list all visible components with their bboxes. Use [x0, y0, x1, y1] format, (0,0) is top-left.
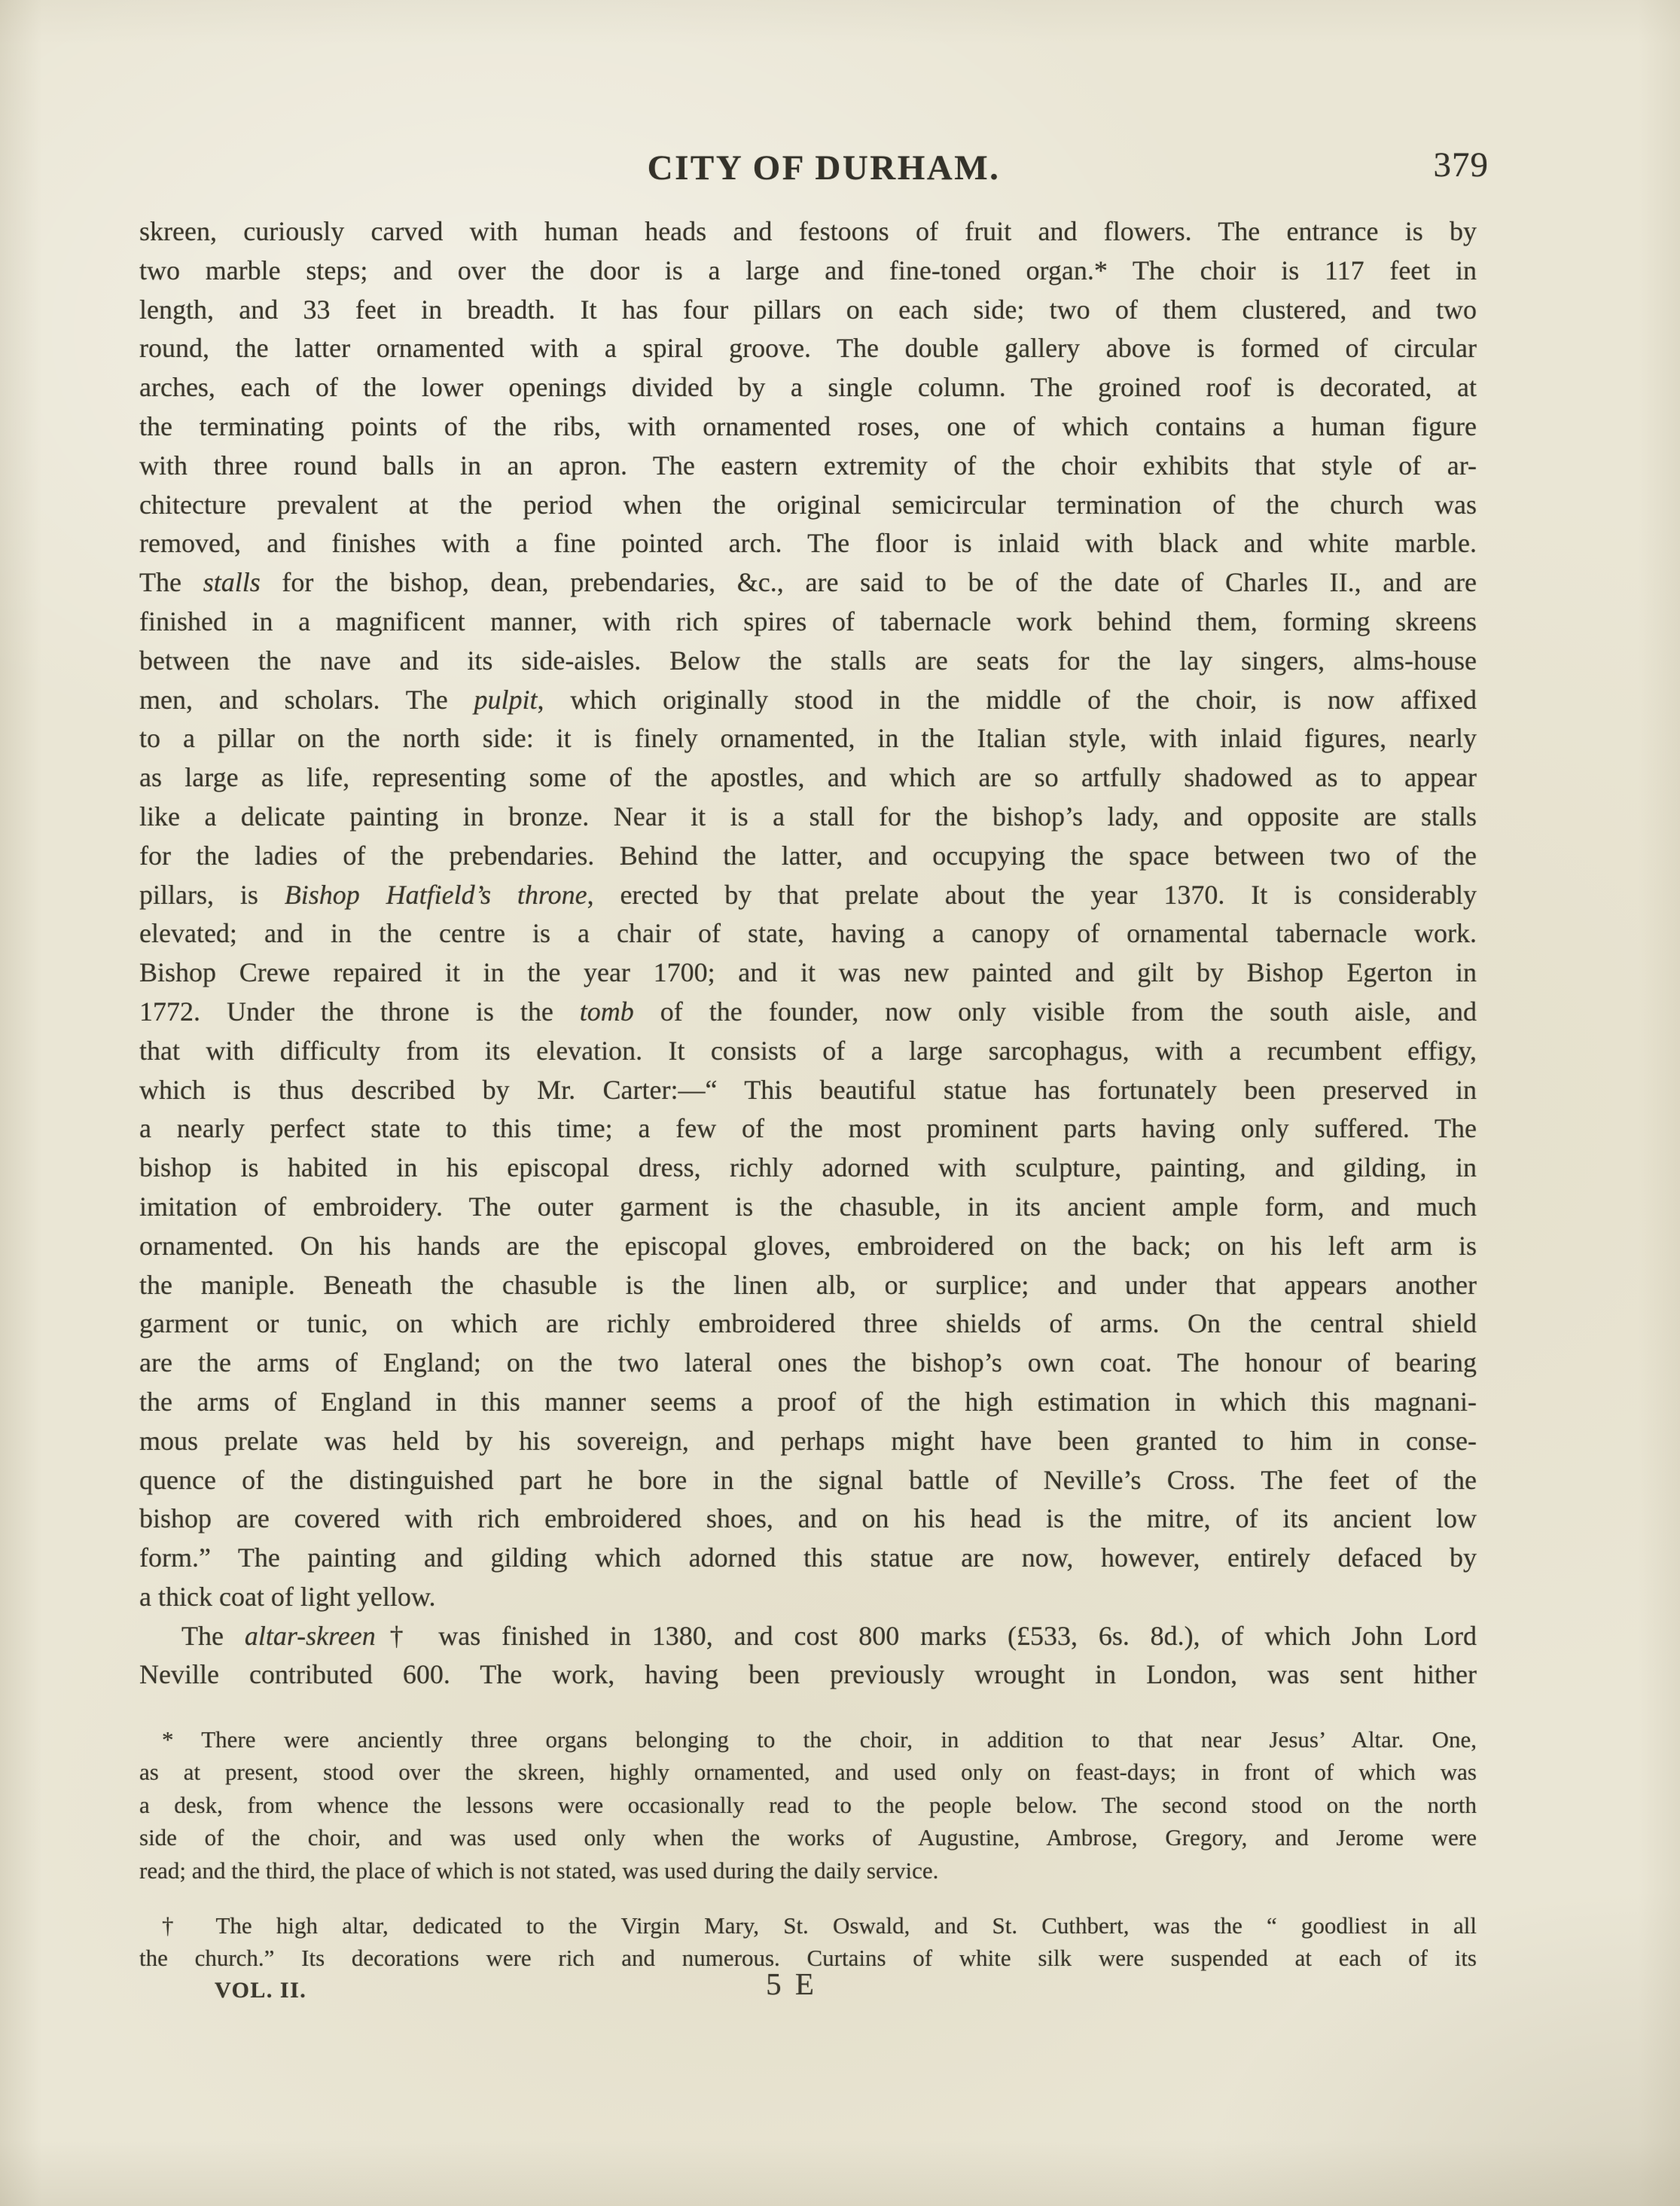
signature-mark: 5 E [123, 1966, 1460, 2002]
text-block: CITY OF DURHAM. 379 skreen, curiously ca… [139, 0, 1477, 2206]
page-footer: VOL. II. 5 E [139, 0, 1477, 2206]
book-page: CITY OF DURHAM. 379 skreen, curiously ca… [0, 0, 1680, 2206]
